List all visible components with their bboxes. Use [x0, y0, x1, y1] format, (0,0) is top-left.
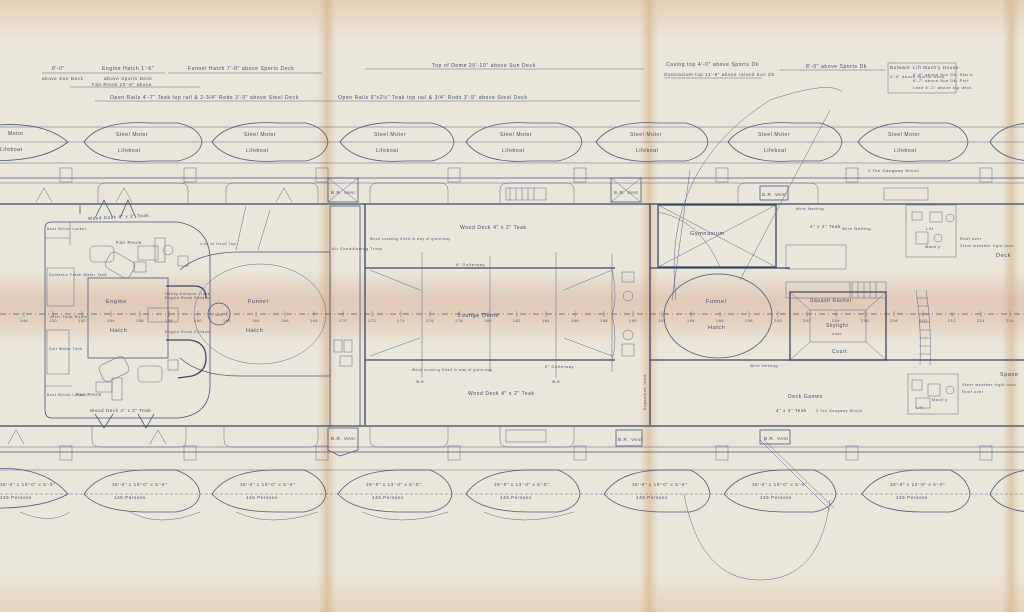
svg-text:Hatch: Hatch [246, 328, 263, 334]
lifeboat-upper-0: MotorLifeboat [0, 125, 68, 161]
upper-davit-band: B.R. Vent B.R. Vent B.R. Vent 3 Ton Gang… [0, 168, 1024, 211]
svg-text:Fan Room: Fan Room [76, 392, 102, 397]
svg-text:Wood Deck 4" x 2" Teak: Wood Deck 4" x 2" Teak [90, 408, 151, 413]
svg-text:above Sun Deck: above Sun Deck [42, 76, 84, 81]
svg-text:W.B.: W.B. [416, 380, 426, 384]
frame-number: 168 [310, 319, 318, 323]
frame-number: 198 [745, 319, 753, 323]
svg-text:36'-0" x 13'-0" x 5'-0": 36'-0" x 13'-0" x 5'-0" [112, 482, 167, 487]
lifeboat-lower-4: 36'-0" x 13'-0" x 5'-0"145 Persons [466, 470, 580, 512]
lifeboat-lower-5: 36'-0" x 13'-0" x 5'-0"145 Persons [604, 470, 710, 512]
forward-sports-area: Gymnasium Funnel Hatch 4" x 2" Teak Wire… [650, 110, 1024, 414]
svg-text:Hatch: Hatch [708, 325, 725, 331]
frame-number: 182 [513, 319, 521, 323]
frame-number: 166 [281, 319, 289, 323]
svg-text:145 Persons: 145 Persons [372, 495, 404, 500]
svg-text:Roof over: Roof over [960, 237, 982, 241]
svg-text:3 Ton Gangway Winch: 3 Ton Gangway Winch [816, 409, 862, 413]
svg-text:above Sports Deck: above Sports Deck [104, 76, 152, 81]
svg-text:5'-7" above Sun Dk. Port: 5'-7" above Sun Dk. Port [913, 79, 969, 83]
svg-text:Lifeboat: Lifeboat [764, 148, 787, 154]
frame-number: 186 [571, 319, 579, 323]
svg-text:Line of Hood Top: Line of Hood Top [200, 242, 236, 246]
svg-text:B.R. Vent: B.R. Vent [764, 436, 789, 441]
svg-text:36'-0" x 13'-0" x 5'-0": 36'-0" x 13'-0" x 5'-0" [494, 482, 549, 487]
svg-text:Steel Motor: Steel Motor [116, 132, 148, 138]
svg-text:Steel Motor: Steel Motor [374, 132, 406, 138]
frame-number: 154 [107, 319, 115, 323]
svg-text:Wood Deck 4" x 2" Teak: Wood Deck 4" x 2" Teak [460, 225, 527, 231]
svg-text:Hatch: Hatch [110, 328, 127, 334]
br-vent-upper-3: B.R. Vent [760, 186, 788, 200]
lifeboat-lower-2: 36'-0" x 13'-0" x 5'-0"145 Persons [212, 470, 326, 512]
svg-text:B.R. Vent: B.R. Vent [618, 437, 643, 442]
svg-text:W.B.: W.B. [552, 380, 562, 384]
svg-text:Lifeboat: Lifeboat [118, 148, 141, 154]
svg-text:Engine Hatch 1'-6": Engine Hatch 1'-6" [102, 66, 154, 72]
frame-number: 184 [542, 319, 550, 323]
frame-number: 180 [484, 319, 492, 323]
svg-text:Engine: Engine [106, 299, 127, 305]
svg-text:Top of Dome 20'-10" above Sun: Top of Dome 20'-10" above Sun Deck [432, 63, 536, 69]
svg-text:Lifeboat: Lifeboat [502, 148, 525, 154]
frame-number: 194 [687, 319, 695, 323]
svg-text:Wire Netting: Wire Netting [842, 226, 871, 231]
svg-text:Lifeboat: Lifeboat [636, 148, 659, 154]
svg-text:Funnel: Funnel [248, 299, 268, 305]
frame-number: 214 [977, 319, 985, 323]
svg-text:Funnel Hatch 7'-0" above Sport: Funnel Hatch 7'-0" above Sports Deck [188, 66, 294, 72]
svg-text:Squash Racket: Squash Racket [810, 298, 852, 304]
svg-text:6" Gutterway: 6" Gutterway [545, 365, 574, 369]
frame-number: 210 [919, 319, 927, 323]
deck-plan-drawing: 8'-0" above Sun Deck Engine Hatch 1'-6" … [0, 0, 1024, 612]
svg-text:Air Conditioning Trunk: Air Conditioning Trunk [332, 247, 383, 251]
svg-text:6'-0" above Sun Dk. Star'd: 6'-0" above Sun Dk. Star'd [913, 73, 973, 77]
dimension-annotations: 8'-0" above Sun Deck Engine Hatch 1'-6" … [42, 62, 973, 101]
lifeboat-lower-7: 36'-0" x 13'-0" x 5'-0"145 Persons [862, 470, 970, 512]
frame-number: 208 [890, 319, 898, 323]
svg-text:36'-0" x 13'-0" x 5'-0": 36'-0" x 13'-0" x 5'-0" [890, 482, 945, 487]
svg-text:Engine Room Exhaust: Engine Room Exhaust [165, 296, 211, 300]
frame-number: 150 [49, 319, 57, 323]
svg-text:Space: Space [1000, 372, 1019, 378]
svg-text:Steel Motor: Steel Motor [244, 132, 276, 138]
svg-text:Wood Deck 4" x 2" Teak: Wood Deck 4" x 2" Teak [468, 391, 535, 397]
svg-text:Steel Motor: Steel Motor [888, 132, 920, 138]
svg-text:Domestic Fresh Water Tank: Domestic Fresh Water Tank [49, 273, 107, 277]
svg-text:Boat Winch Locker: Boat Winch Locker [47, 227, 87, 231]
lifeboat-lower-0: 36'-0" x 13'-0" x 5'-0"145 Persons [0, 468, 68, 508]
svg-text:Lift: Lift [926, 227, 934, 231]
svg-text:Lifeboat: Lifeboat [246, 148, 269, 154]
svg-text:Expansion Joint: Expansion Joint [643, 374, 647, 410]
frame-number: 146 [20, 319, 28, 323]
svg-text:145 Persons: 145 Persons [760, 495, 792, 500]
svg-text:B.R. Vent: B.R. Vent [614, 190, 639, 195]
svg-text:B.R. Vent: B.R. Vent [331, 190, 356, 195]
svg-text:Court: Court [832, 349, 847, 355]
svg-text:Lifeboat: Lifeboat [894, 148, 917, 154]
lounge-dome-area: Wood Deck 4" x 2" Teak 6" Gutterway Wood… [365, 204, 650, 425]
svg-text:Wood coaming fitted in way of: Wood coaming fitted in way of gutterway [412, 368, 493, 372]
svg-text:Open Rails 6"x2½" Teak top rai: Open Rails 6"x2½" Teak top rail & 3/4" R… [338, 94, 528, 101]
svg-text:Steel Motor: Steel Motor [630, 132, 662, 138]
frame-number: 176 [426, 319, 434, 323]
svg-text:Steel Motor: Steel Motor [500, 132, 532, 138]
svg-text:36'-0" x 13'-0" x 5'-0": 36'-0" x 13'-0" x 5'-0" [632, 482, 687, 487]
frame-number: 200 [774, 319, 782, 323]
lifeboat-lower-1: 36'-0" x 13'-0" x 5'-0"145 Persons [84, 470, 200, 512]
svg-text:Lead 6'-0" above top deck: Lead 6'-0" above top deck [913, 86, 972, 90]
svg-text:Fan Room 10'-6" above: Fan Room 10'-6" above [92, 82, 152, 87]
svg-text:B.R. Vent: B.R. Vent [762, 192, 787, 197]
frame-number: 178 [455, 319, 463, 323]
expansion-joint-label: Expansion Joint [643, 374, 647, 410]
svg-text:Salt Water Tank: Salt Water Tank [49, 347, 83, 351]
svg-text:145 Persons: 145 Persons [0, 495, 32, 500]
frame-number: 204 [832, 319, 840, 323]
br-vent-lower-3: B.R. Vent [760, 430, 790, 444]
frame-number: 212 [948, 319, 956, 323]
svg-text:Roof over: Roof over [962, 390, 984, 394]
svg-text:B.R. Vent: B.R. Vent [331, 436, 356, 441]
svg-text:Fan Room: Fan Room [116, 240, 142, 245]
svg-text:36'-0" x 13'-0" x 5'-0": 36'-0" x 13'-0" x 5'-0" [240, 482, 295, 487]
frame-number: 196 [716, 319, 724, 323]
svg-text:145 Persons: 145 Persons [636, 495, 668, 500]
frame-number: 192 [658, 319, 666, 323]
centreline-frames: 1461501521541561581601621641661681701721… [0, 311, 1024, 323]
svg-text:6" Gutterway: 6" Gutterway [456, 263, 485, 267]
svg-text:Casing top 4'-0" above Sports: Casing top 4'-0" above Sports Dk [666, 62, 759, 68]
svg-text:145 Persons: 145 Persons [896, 495, 928, 500]
frame-number: 216 [1006, 319, 1014, 323]
svg-text:145 Persons: 145 Persons [500, 495, 532, 500]
svg-text:over: over [832, 331, 842, 336]
svg-text:Open Rails 4'-7" Teak top rail: Open Rails 4'-7" Teak top rail & 2-3/4" … [110, 95, 299, 101]
svg-text:Lifeboat: Lifeboat [376, 148, 399, 154]
bb-vent-upper-1: B.R. Vent [328, 178, 358, 202]
blueprint-sheet: 8'-0" above Sun Deck Engine Hatch 1'-6" … [0, 0, 1024, 612]
upper-lifeboat-row: MotorLifeboat Steel MotorLifeboat Steel … [0, 123, 1024, 163]
svg-text:36'-0" x 13'-0" x 5'-0": 36'-0" x 13'-0" x 5'-0" [0, 482, 55, 487]
br-vent-lower-2: B.R. Vent [616, 430, 643, 446]
svg-text:Gymnasium top 11'-6" above rai: Gymnasium top 11'-6" above raised Sun Dk [664, 72, 775, 77]
svg-text:Wire Netting: Wire Netting [796, 207, 824, 211]
svg-text:145 Persons: 145 Persons [246, 495, 278, 500]
svg-text:Skylight: Skylight [826, 323, 848, 329]
svg-text:Deck: Deck [996, 253, 1011, 259]
svg-text:36'-0" x 13'-0" x 5'-0": 36'-0" x 13'-0" x 5'-0" [366, 482, 421, 487]
svg-text:Wood coaming fitted in way of: Wood coaming fitted in way of gutterway [370, 237, 451, 241]
svg-text:Bulwark: Bulwark [890, 65, 910, 70]
frame-number: 202 [803, 319, 811, 323]
frame-number: 158 [165, 319, 173, 323]
svg-text:4" x 2" Teak: 4" x 2" Teak [776, 408, 807, 413]
lifeboat-lower-6: 36'-0" x 13'-0" x 5'-0"145 Persons [724, 470, 836, 512]
frame-number: 170 [339, 319, 347, 323]
svg-text:8'-0": 8'-0" [52, 66, 65, 72]
svg-text:Steel weather tight door: Steel weather tight door [960, 244, 1015, 248]
svg-text:Gymnasium: Gymnasium [690, 231, 725, 237]
frame-number: 206 [861, 319, 869, 323]
svg-text:8'-0" above Sports Dk: 8'-0" above Sports Dk [806, 64, 867, 70]
svg-text:Funnel: Funnel [706, 299, 726, 305]
svg-text:Mach'y: Mach'y [925, 245, 941, 249]
svg-text:4" x 2" Teak: 4" x 2" Teak [810, 224, 841, 229]
svg-text:Steel weather tight door: Steel weather tight door [962, 383, 1017, 387]
svg-text:145 Persons: 145 Persons [114, 495, 146, 500]
br-vent-upper-2: B.R. Vent [611, 178, 641, 202]
svg-text:Engine Room Exhaust: Engine Room Exhaust [165, 330, 211, 334]
svg-text:Lift: Lift [916, 406, 924, 410]
frame-number: 160 [194, 319, 202, 323]
frame-number: 190 [629, 319, 637, 323]
svg-text:36'-0" x 13'-0" x 5'-0": 36'-0" x 13'-0" x 5'-0" [752, 482, 807, 487]
frame-number: 188 [600, 319, 608, 323]
frame-number: 162 [223, 319, 231, 323]
frame-number: 174 [397, 319, 405, 323]
svg-text:3 Ton Gangway Winch: 3 Ton Gangway Winch [868, 168, 919, 173]
svg-text:Lifeboat: Lifeboat [0, 147, 23, 153]
svg-text:Mach'y: Mach'y [932, 398, 948, 402]
lifeboat-lower-3: 36'-0" x 13'-0" x 5'-0"145 Persons [338, 470, 452, 512]
svg-text:Lift Mach'y House: Lift Mach'y House [913, 65, 959, 70]
frame-number: 172 [368, 319, 376, 323]
frame-number: 156 [136, 319, 144, 323]
svg-text:Motor: Motor [8, 131, 24, 137]
svg-text:Wire Netting: Wire Netting [750, 364, 778, 368]
svg-text:Deck Games: Deck Games [788, 394, 823, 400]
frame-number: 164 [252, 319, 260, 323]
frame-number: 152 [78, 319, 86, 323]
svg-text:Steel Motor: Steel Motor [758, 132, 790, 138]
